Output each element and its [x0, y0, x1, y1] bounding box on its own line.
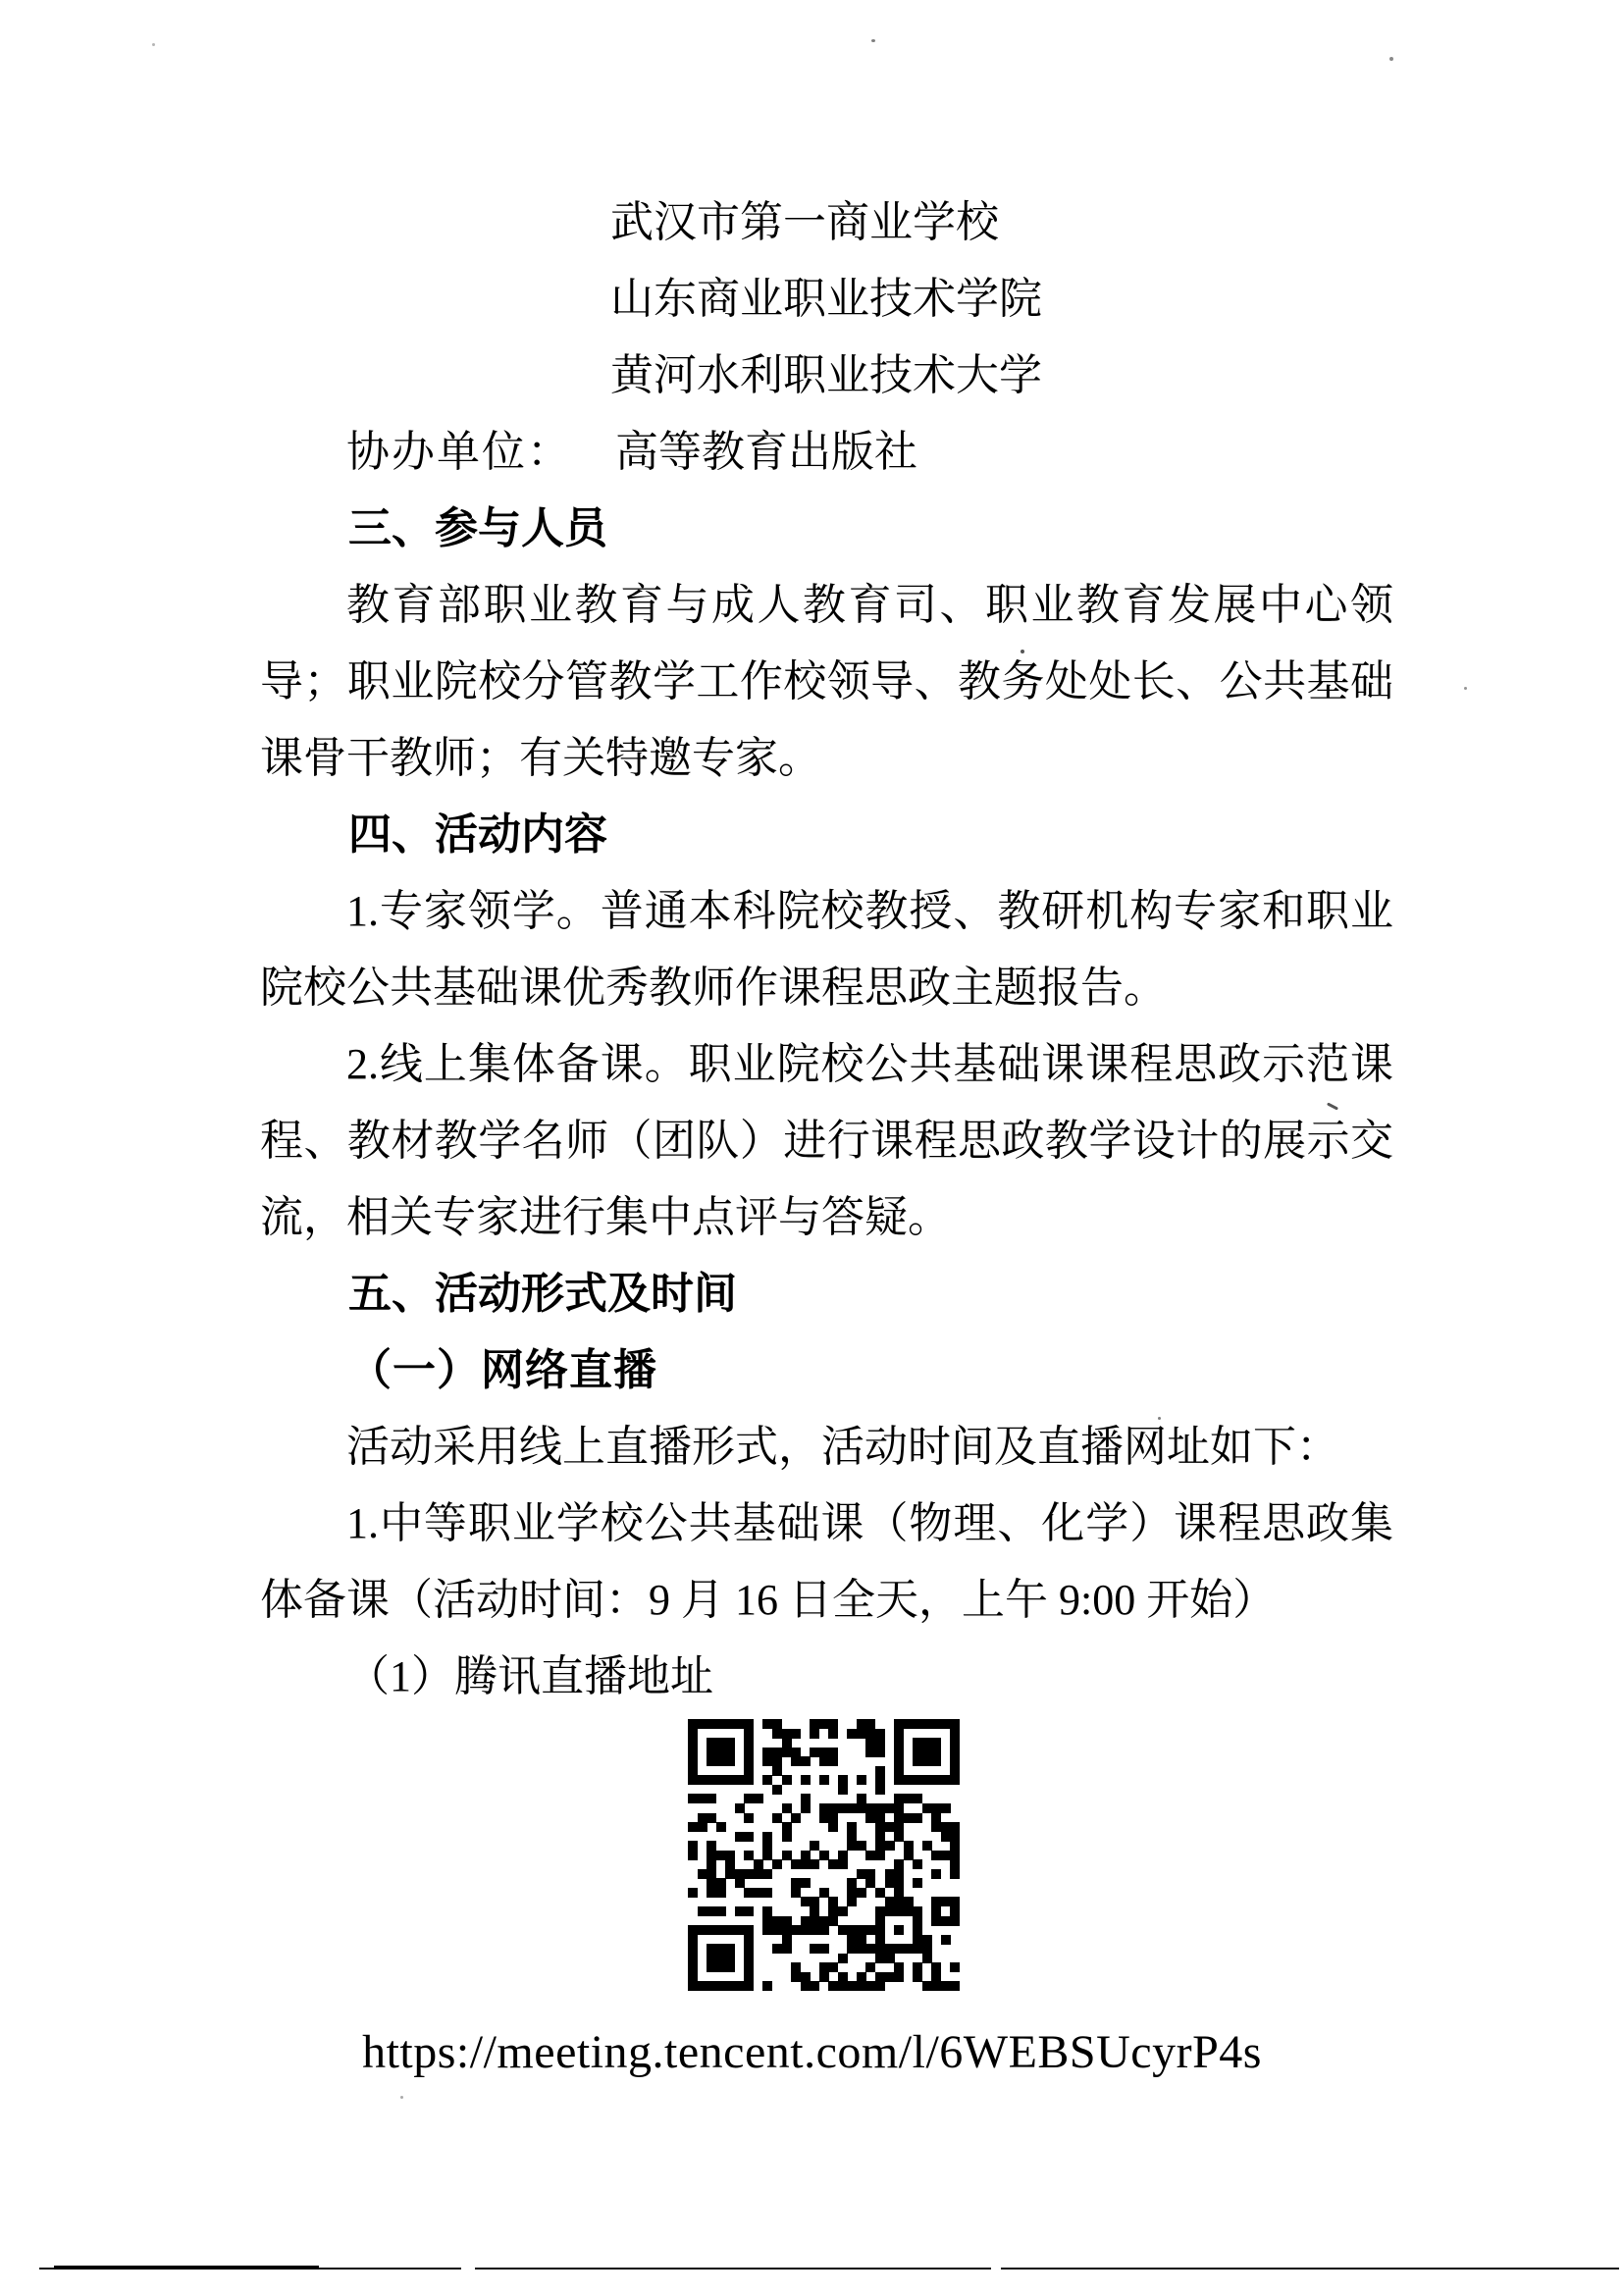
- tencent-live-address-label: （1）腾讯直播地址: [260, 1639, 1393, 1715]
- document-content: 武汉市第一商业学校 山东商业职业技术学院 黄河水利职业技术大学 协办单位：高等教…: [0, 0, 1623, 2091]
- scan-speck: [152, 43, 155, 46]
- scan-speck: [1464, 687, 1467, 690]
- co-organizer-value: 高等教育出版社: [615, 428, 917, 476]
- webcast-session-1: 1.中等职业学校公共基础课（物理、化学）课程思政集体备课（活动时间：9 月 16…: [260, 1486, 1393, 1639]
- co-organizer-label: 协办单位：: [346, 428, 572, 476]
- scan-speck: [871, 39, 875, 42]
- scan-artifact-line-segment: [54, 2266, 319, 2270]
- scan-speck: [1389, 57, 1393, 61]
- section-heading-participants: 三、参与人员: [260, 491, 1393, 567]
- webcast-intro-paragraph: 活动采用线上直播形式，活动时间及直播网址如下：: [260, 1409, 1393, 1486]
- document-page: 武汉市第一商业学校 山东商业职业技术学院 黄河水利职业技术大学 协办单位：高等教…: [0, 0, 1623, 2296]
- activity-content-item-2: 2.线上集体备课。职业院校公共基础课课程思政示范课程、教材教学名师（团队）进行课…: [260, 1026, 1393, 1256]
- section-heading-format-time: 五、活动形式及时间: [260, 1256, 1393, 1332]
- section-heading-activity-content: 四、活动内容: [260, 797, 1393, 873]
- scan-artifact-gap: [461, 2267, 475, 2270]
- subsection-heading-webcast: （一）网络直播: [260, 1332, 1393, 1409]
- activity-content-item-1: 1.专家领学。普通本科院校教授、教研机构专家和职业院校公共基础课优秀教师作课程思…: [260, 873, 1393, 1026]
- qr-code-block: [260, 1719, 1393, 1991]
- host-unit-line-1: 武汉市第一商业学校: [260, 184, 1393, 261]
- co-organizer-line: 协办单位：高等教育出版社: [260, 414, 1393, 491]
- scan-artifact-gap: [991, 2267, 1001, 2270]
- qr-code: [688, 1719, 960, 1991]
- scan-speck: [1158, 1417, 1161, 1420]
- host-unit-line-3: 黄河水利职业技术大学: [260, 338, 1393, 414]
- live-url-text: https://meeting.tencent.com/l/6WEBSUcyrP…: [231, 2014, 1393, 2091]
- scan-speck: [400, 2096, 403, 2099]
- participants-paragraph: 教育部职业教育与成人教育司、职业教育发展中心领导；职业院校分管教学工作校领导、教…: [260, 567, 1393, 797]
- host-unit-line-2: 山东商业职业技术学院: [260, 261, 1393, 338]
- scan-speck: [1021, 650, 1024, 653]
